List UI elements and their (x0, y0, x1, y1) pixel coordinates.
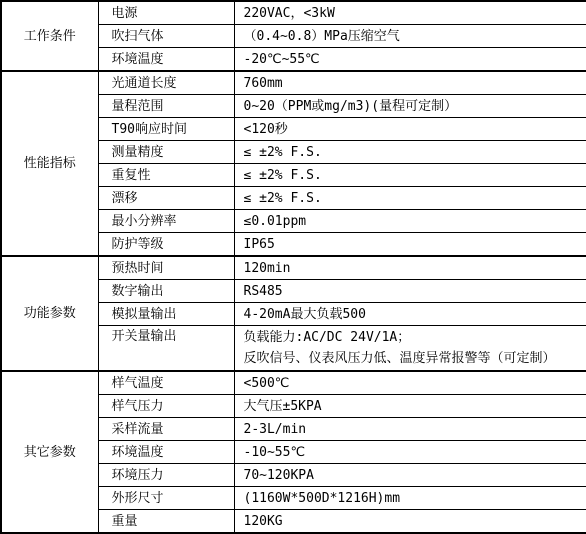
param-cell: 外形尺寸 (98, 487, 234, 510)
value-cell: (1160W*500D*1216H)mm (234, 487, 586, 510)
value-cell: 4-20mA最大负载500 (234, 303, 586, 326)
param-cell: 光通道长度 (98, 71, 234, 95)
value-cell: 220VAC，<3kW (234, 1, 586, 25)
value-cell: RS485 (234, 280, 586, 303)
value-cell: 0~20（PPM或mg/m3)(量程可定制） (234, 95, 586, 118)
param-cell: 量程范围 (98, 95, 234, 118)
param-cell: 重量 (98, 510, 234, 534)
param-cell: 最小分辨率 (98, 210, 234, 233)
table-row: 工作条件 电源 220VAC，<3kW (1, 1, 586, 25)
section-label-function-parameters: 功能参数 (1, 256, 98, 371)
value-cell: 2-3L/min (234, 418, 586, 441)
value-cell: -10~55℃ (234, 441, 586, 464)
value-cell: -20℃~55℃ (234, 48, 586, 72)
value-cell: 120KG (234, 510, 586, 534)
value-cell: 负载能力:AC/DC 24V/1A； 反吹信号、仪表风压力低、温度异常报警等（可… (234, 326, 586, 372)
value-cell: 120min (234, 256, 586, 280)
value-cell: <500℃ (234, 371, 586, 395)
value-cell: ≤0.01ppm (234, 210, 586, 233)
value-cell: 70~120KPA (234, 464, 586, 487)
param-cell: 样气压力 (98, 395, 234, 418)
param-cell: 数字输出 (98, 280, 234, 303)
param-cell: 预热时间 (98, 256, 234, 280)
section-label-working-conditions: 工作条件 (1, 1, 98, 71)
value-cell: ≤ ±2% F.S. (234, 164, 586, 187)
value-cell: 大气压±5KPA (234, 395, 586, 418)
value-cell: 760mm (234, 71, 586, 95)
param-cell: 吹扫气体 (98, 25, 234, 48)
param-cell: 采样流量 (98, 418, 234, 441)
param-cell: 环境温度 (98, 48, 234, 72)
spec-table: 工作条件 电源 220VAC，<3kW 吹扫气体 （0.4~0.8）MPa压缩空… (0, 0, 586, 534)
param-cell: T90响应时间 (98, 118, 234, 141)
param-cell: 环境压力 (98, 464, 234, 487)
param-cell: 模拟量输出 (98, 303, 234, 326)
param-cell: 测量精度 (98, 141, 234, 164)
section-label-performance-indicators: 性能指标 (1, 71, 98, 256)
param-cell: 重复性 (98, 164, 234, 187)
param-cell: 漂移 (98, 187, 234, 210)
param-cell: 防护等级 (98, 233, 234, 257)
param-cell: 开关量输出 (98, 326, 234, 372)
table-row: 性能指标 光通道长度 760mm (1, 71, 586, 95)
value-cell: <120秒 (234, 118, 586, 141)
value-cell: ≤ ±2% F.S. (234, 187, 586, 210)
value-cell: IP65 (234, 233, 586, 257)
param-cell: 样气温度 (98, 371, 234, 395)
table-row: 其它参数 样气温度 <500℃ (1, 371, 586, 395)
param-cell: 电源 (98, 1, 234, 25)
param-cell: 环境温度 (98, 441, 234, 464)
table-row: 功能参数 预热时间 120min (1, 256, 586, 280)
value-cell: ≤ ±2% F.S. (234, 141, 586, 164)
value-cell: （0.4~0.8）MPa压缩空气 (234, 25, 586, 48)
